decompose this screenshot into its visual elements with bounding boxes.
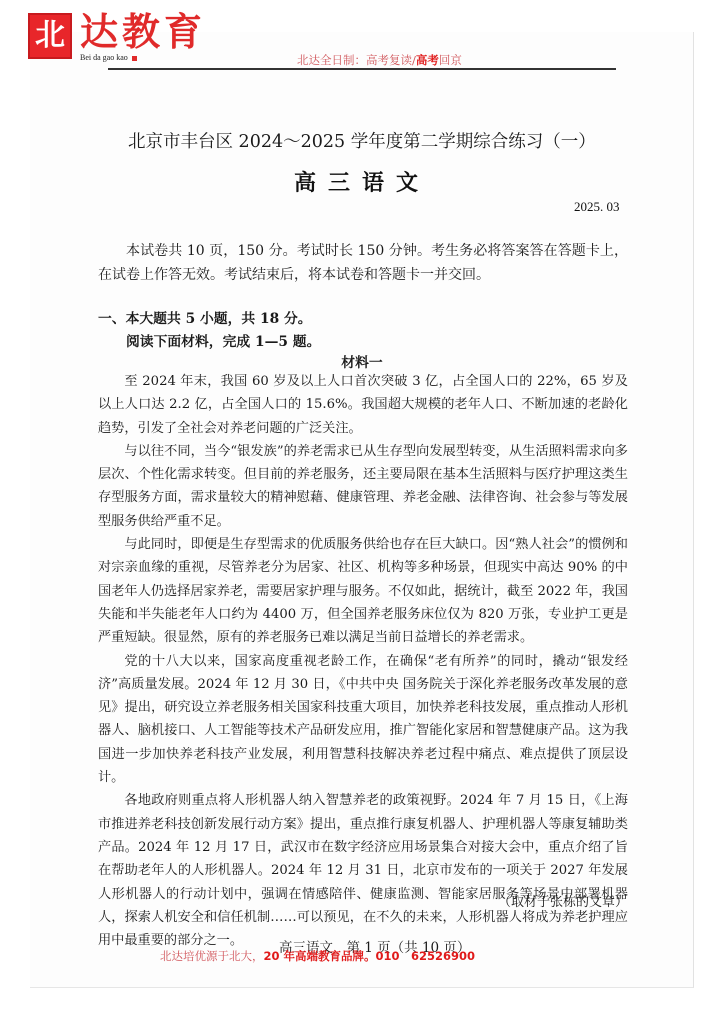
header-slogan: 北达全日制：高考复读/高考回京 [297,52,462,68]
footer-advert: 北达培优源于北大，20 年高端教育品牌。010 62526900 [160,948,475,964]
material-title: 材料一 [0,351,724,371]
slogan-highlight: 高考 [416,53,439,67]
article-paragraph: 与以往不同，当今“银发族”的养老需求已从生存型向发展型转变，从生活照料需求向多层… [98,440,628,533]
section-directions: 阅读下面材料，完成 1—5 题。 [126,330,320,350]
article-source: （取材于张栋的文章） [498,891,628,910]
logo-square-icon [132,56,137,61]
article-paragraph: 各地政府则重点将人形机器人纳入智慧养老的政策视野。2024 年 7 月 15 日… [98,789,628,952]
exam-date: 2025. 03 [574,199,620,215]
logo-subtitle-text: Bei da gao kao [80,53,128,62]
instructions-text: 本试卷共 10 页，150 分。考试时长 150 分钟。考生务必将答案答在答题卡… [98,239,628,287]
logo-subtitle: Bei da gao kao [80,53,137,62]
subject-title: 高三语文 [0,166,724,197]
beida-logo: 北 达教育 Bei da gao kao [28,10,218,65]
article-paragraph: 党的十八大以来，国家高度重视老龄工作，在确保“老有所养”的同时，撬动“银发经济”… [98,650,628,790]
slogan-prefix: 北达全日制：高考复读/ [297,53,416,67]
footer-ad-phone: 010 62526900 [376,949,476,963]
header-divider [108,68,616,70]
material-article: 至 2024 年末，我国 60 岁及以上人口首次突破 3 亿，占全国人口的 22… [98,370,628,952]
exam-instructions: 本试卷共 10 页，150 分。考试时长 150 分钟。考生务必将答案答在答题卡… [98,239,628,287]
article-paragraph: 至 2024 年末，我国 60 岁及以上人口首次突破 3 亿，占全国人口的 22… [98,370,628,440]
article-paragraph: 与此同时，即便是生存型需求的优质服务供给也存在巨大缺口。因“熟人社会”的惯例和对… [98,533,628,649]
footer-ad-brand: 20 年高端教育品牌。 [264,949,376,963]
exam-title: 北京市丰台区 2024～2025 学年度第二学期综合练习（一） [128,128,596,153]
slogan-suffix: 回京 [439,53,462,67]
logo-seal-icon: 北 [28,13,72,59]
section-heading: 一、本大题共 5 小题，共 18 分。 [98,307,312,327]
logo-name: 达教育 [80,10,206,54]
footer-ad-prefix: 北达培优源于北大， [160,949,264,963]
